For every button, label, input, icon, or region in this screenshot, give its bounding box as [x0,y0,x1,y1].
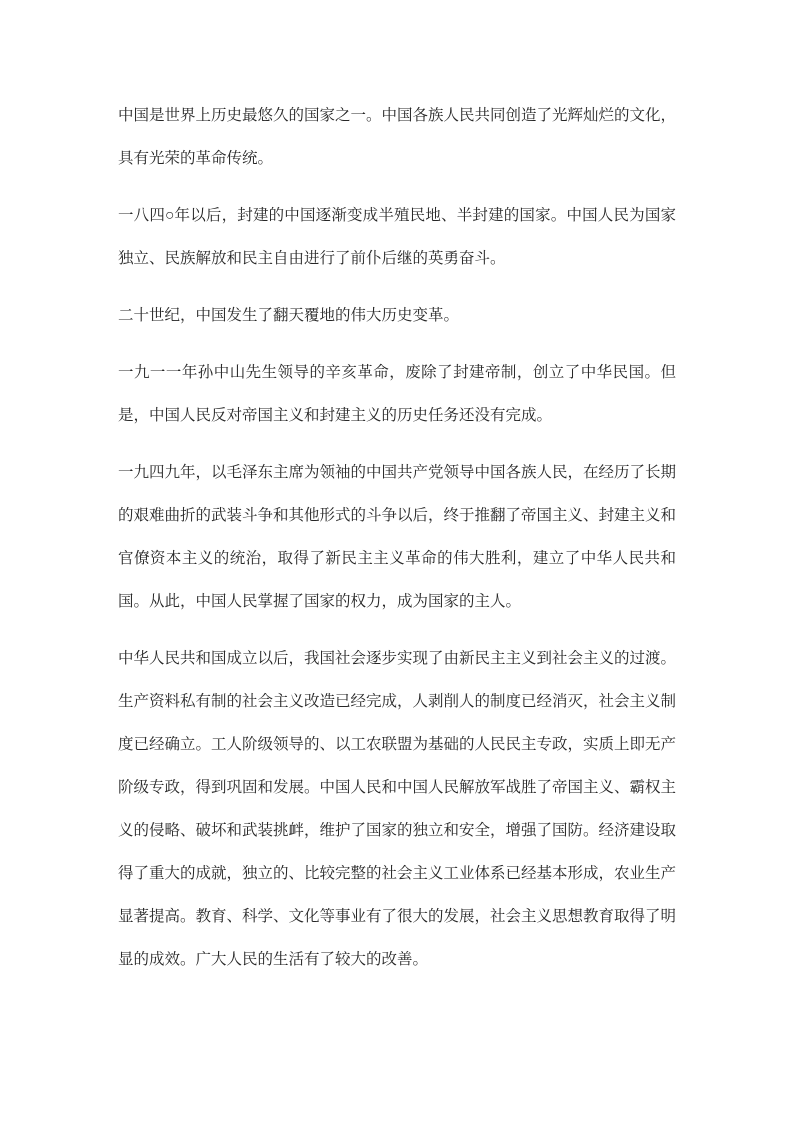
paragraph: 一九四九年，以毛泽东主席为领袖的中国共产党领导中国各族人民，在经历了长期的艰难曲… [118,451,676,623]
paragraph: 一八四○年以后，封建的中国逐渐变成半殖民地、半封建的国家。中国人民为国家独立、民… [118,194,676,280]
paragraph: 中国是世界上历史最悠久的国家之一。中国各族人民共同创造了光辉灿烂的文化，具有光荣… [118,94,676,180]
paragraph: 中华人民共和国成立以后，我国社会逐步实现了由新民主主义到社会主义的过渡。生产资料… [118,637,676,981]
paragraph: 二十世纪，中国发生了翻天覆地的伟大历史变革。 [118,294,676,337]
document-text-block: 中国是世界上历史最悠久的国家之一。中国各族人民共同创造了光辉灿烂的文化，具有光荣… [118,94,676,981]
document-page: 中国是世界上历史最悠久的国家之一。中国各族人民共同创造了光辉灿烂的文化，具有光荣… [0,0,793,1122]
paragraph: 一九一一年孙中山先生领导的辛亥革命，废除了封建帝制，创立了中华民国。但是，中国人… [118,351,676,437]
